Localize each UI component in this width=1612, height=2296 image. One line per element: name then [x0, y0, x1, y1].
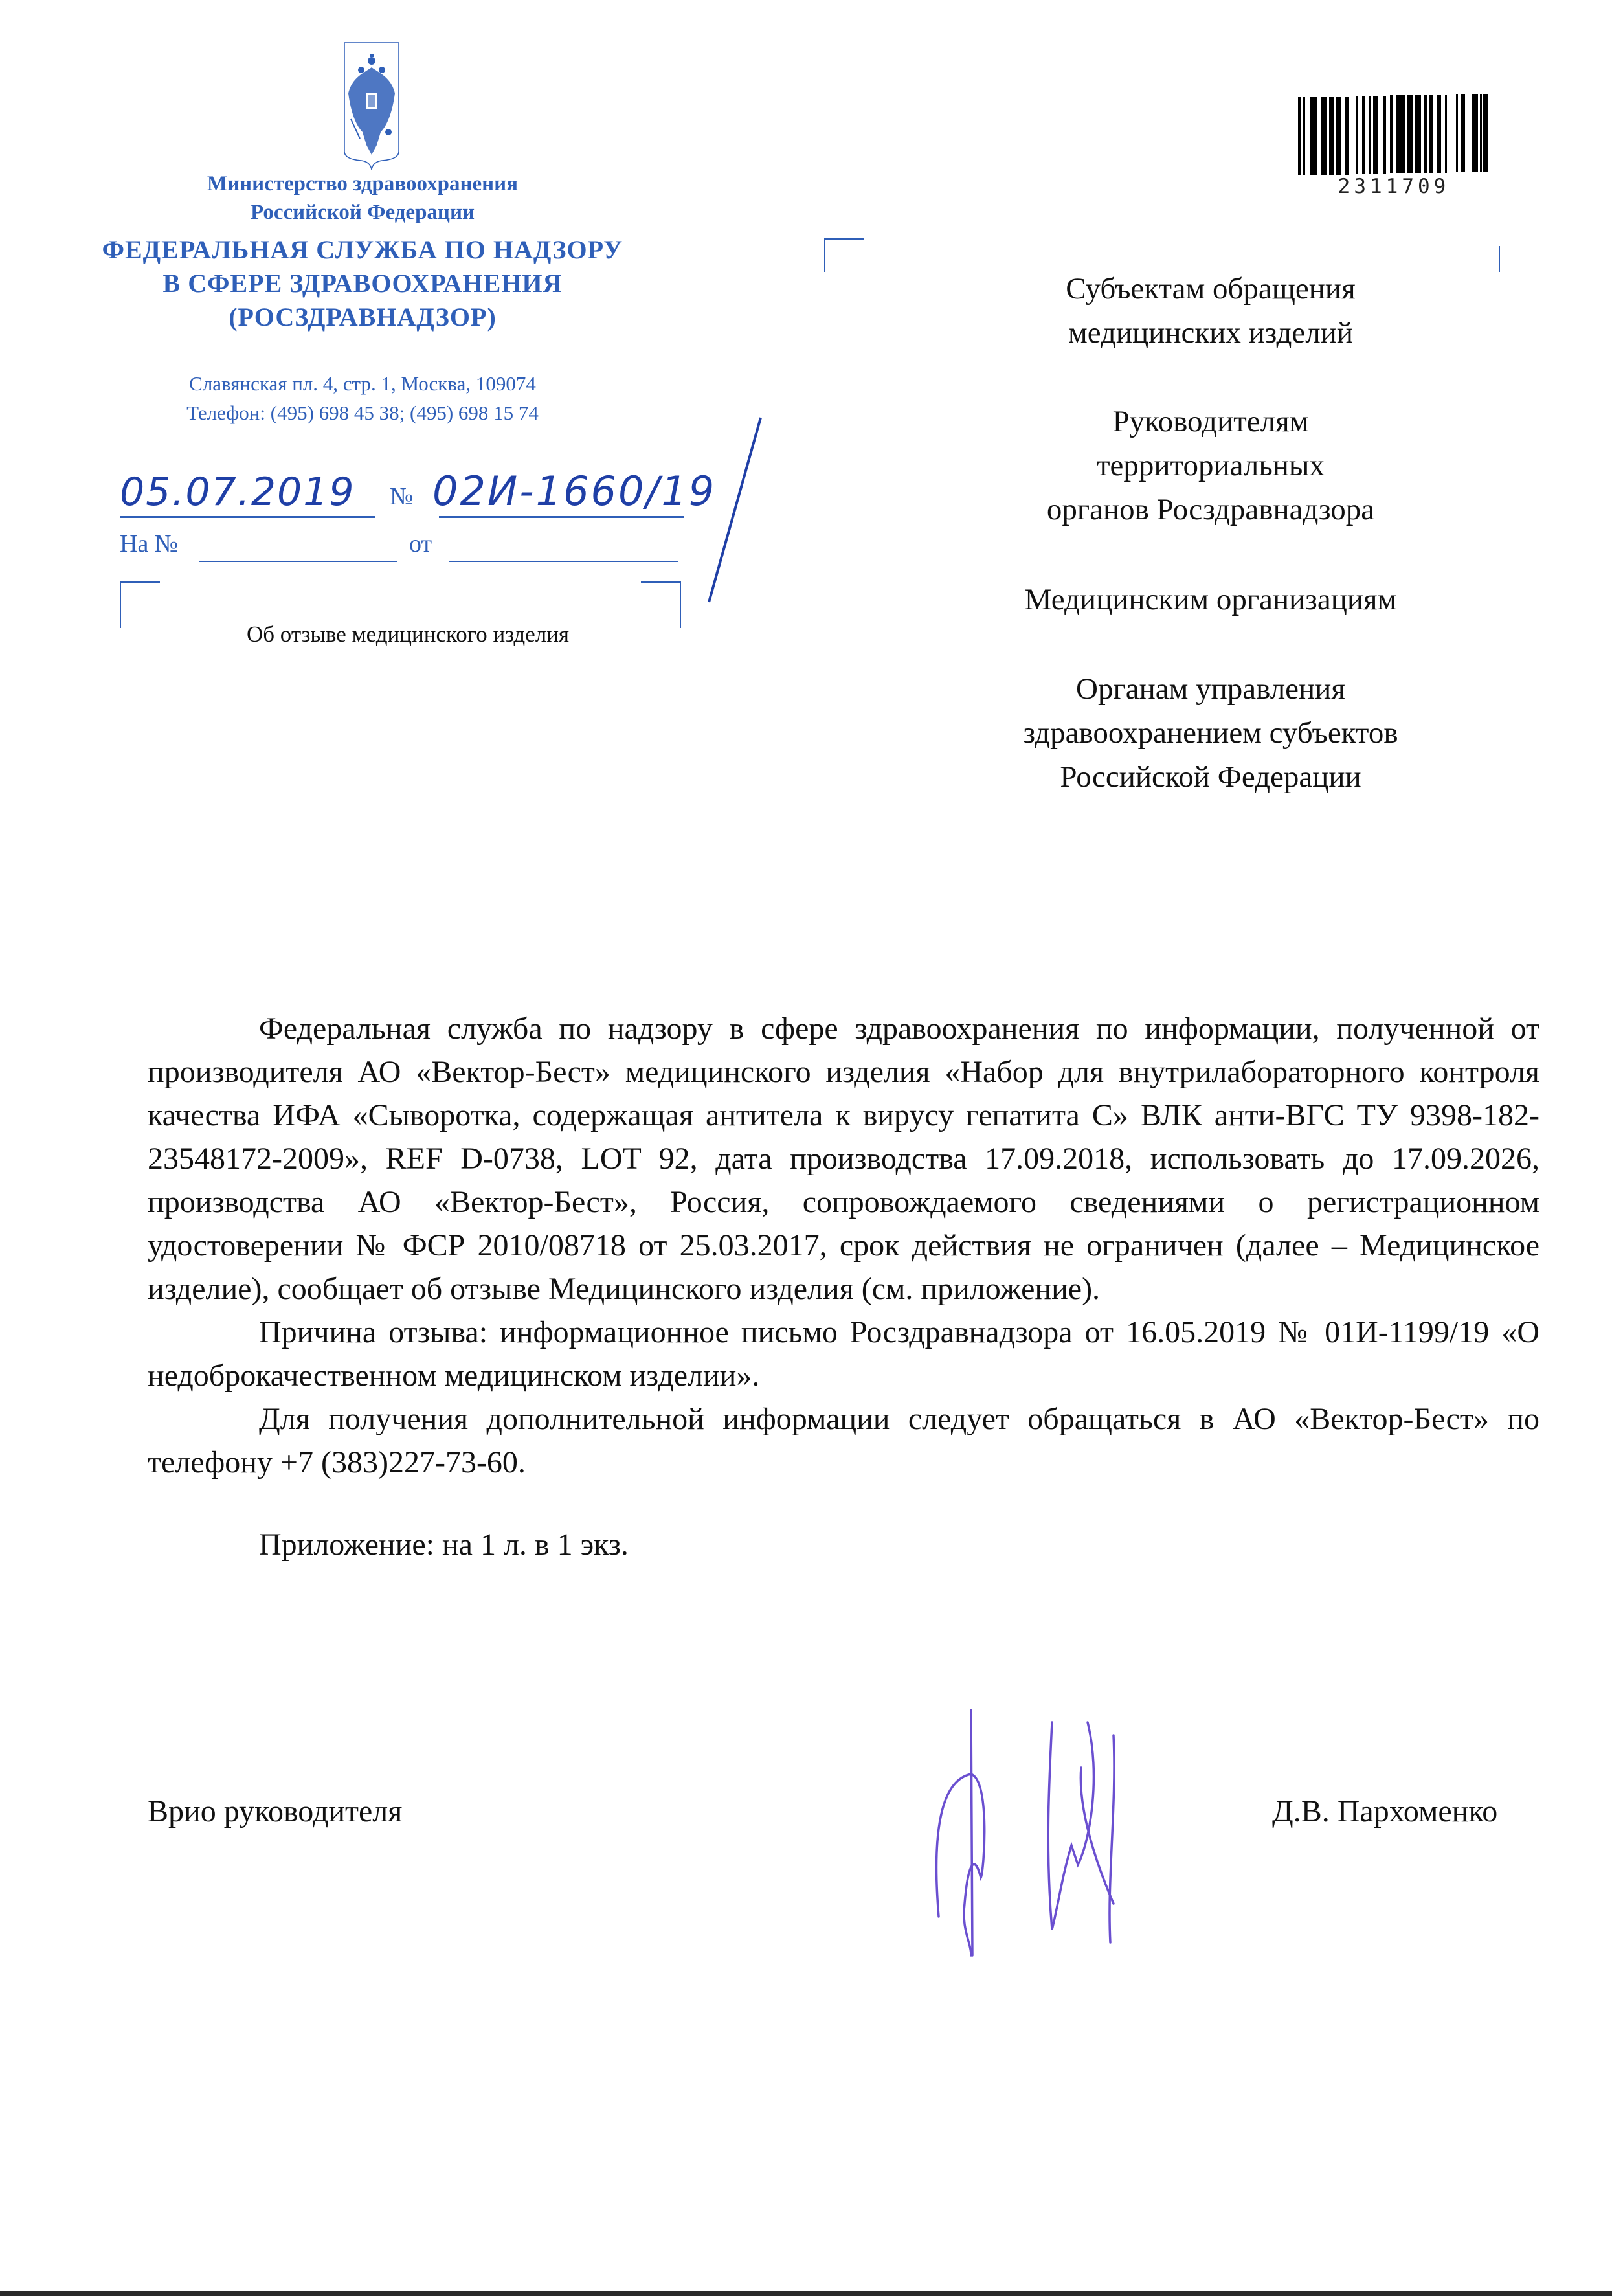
body-paragraph-3: Для получения дополнительной информации …	[148, 1397, 1539, 1484]
recipient-line: Органам управления	[932, 667, 1489, 711]
service-name: ФЕДЕРАЛЬНАЯ СЛУЖБА ПО НАДЗОРУ В СФЕРЕ ЗД…	[78, 233, 647, 334]
service-line-1: ФЕДЕРАЛЬНАЯ СЛУЖБА ПО НАДЗОРУ	[78, 233, 647, 267]
address-line: Славянская пл. 4, стр. 1, Москва, 109074	[117, 369, 609, 398]
recipient-group-3: Медицинским организациям	[932, 578, 1489, 622]
handwritten-signature-icon	[919, 1709, 1191, 1968]
signatory-name: Д.В. Пархоменко	[1272, 1794, 1497, 1829]
scan-edge	[0, 2291, 1612, 2296]
recipient-line: территориальных	[932, 444, 1489, 488]
barcode	[1297, 94, 1491, 175]
recipient-corner-left	[824, 238, 864, 272]
ministry-name: Министерство здравоохранения Российской …	[117, 170, 609, 227]
recipient-line: медицинских изделий	[932, 311, 1489, 355]
reply-to-field	[199, 561, 397, 562]
recipient-line: Медицинским организациям	[932, 578, 1489, 622]
date-underline	[120, 516, 375, 518]
outgoing-date: 05.07.2019	[120, 469, 355, 515]
number-sign: №	[390, 482, 413, 511]
ministry-line-2: Российской Федерации	[117, 198, 609, 227]
from-date-field	[449, 561, 678, 562]
phone-line: Телефон: (495) 698 45 38; (495) 698 15 7…	[117, 398, 609, 427]
letter-subject: Об отзыве медицинского изделия	[129, 622, 686, 647]
body-paragraph-2: Причина отзыва: информационное письмо Ро…	[148, 1311, 1539, 1397]
letter-body: Федеральная служба по надзору в сфере зд…	[148, 1007, 1539, 1566]
slash-stroke-icon	[673, 414, 770, 609]
recipient-group-2: Руководителям территориальных органов Ро…	[932, 400, 1489, 532]
ministry-line-1: Министерство здравоохранения	[117, 170, 609, 198]
recipient-group-1: Субъектам обращения медицинских изделий	[932, 267, 1489, 355]
reply-to-label: На №	[120, 530, 178, 558]
service-line-2: В СФЕРЕ ЗДРАВООХРАНЕНИЯ	[78, 267, 647, 300]
coat-of-arms-icon	[343, 41, 400, 171]
service-line-3: (РОСЗДРАВНАДЗОР)	[78, 300, 647, 334]
recipient-line: здравоохранением субъектов	[932, 711, 1489, 755]
number-underline	[439, 516, 684, 518]
body-paragraph-1: Федеральная служба по надзору в сфере зд…	[148, 1007, 1539, 1311]
from-label: от	[409, 530, 432, 558]
barcode-number: 2311709	[1297, 175, 1491, 198]
signatory-role: Врио руководителя	[148, 1794, 402, 1829]
recipient-line: органов Росздравнадзора	[932, 488, 1489, 532]
recipient-corner-right	[1499, 246, 1500, 272]
recipient-line: Руководителям	[932, 400, 1489, 444]
barcode-bars-icon	[1297, 94, 1491, 175]
recipient-line: Российской Федерации	[932, 755, 1489, 799]
attachment-note: Приложение: на 1 л. в 1 экз.	[148, 1523, 1539, 1566]
recipient-line: Субъектам обращения	[932, 267, 1489, 311]
recipient-group-4: Органам управления здравоохранением субъ…	[932, 667, 1489, 799]
address-block: Славянская пл. 4, стр. 1, Москва, 109074…	[117, 369, 609, 427]
